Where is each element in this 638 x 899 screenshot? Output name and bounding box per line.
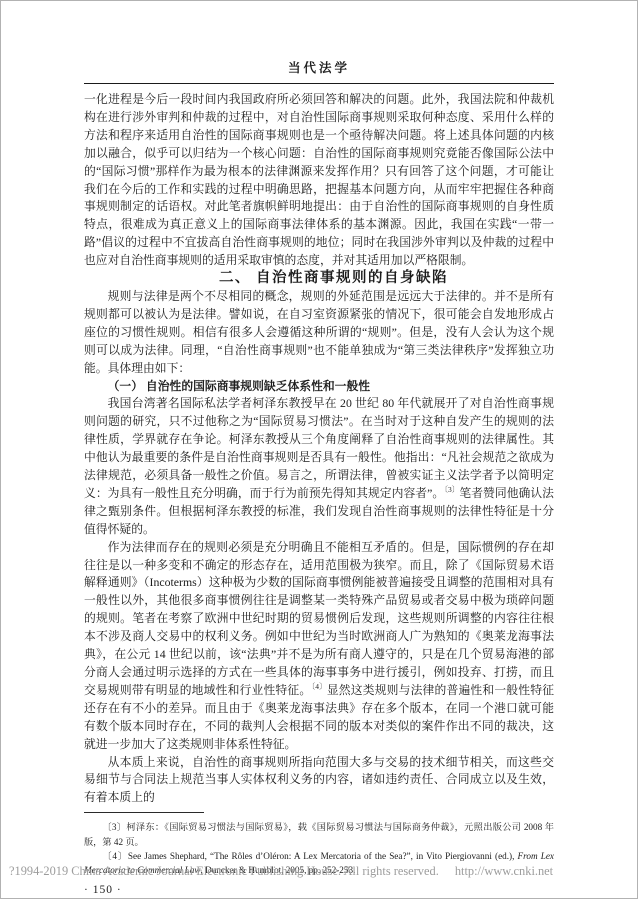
- page-number: · 150 ·: [84, 884, 554, 896]
- footnote-text: 柯泽东：《国际贸易习惯法与国际贸易》，载《国际贸易习惯法与国际商务仲裁》，元照出…: [84, 822, 554, 846]
- watermark-text: ?1994-2019 China Academic Journal Electr…: [9, 864, 439, 878]
- subsection-heading: （一） 自治性的国际商事规则缺乏体系性和一般性: [84, 378, 554, 396]
- footnote-ref-3: 〔3〕: [444, 485, 459, 494]
- body-paragraph-2: 规则与法律是两个不尽相同的概念，规则的外延范围是远远大于法律的。并不是所有规则都…: [84, 288, 554, 378]
- footnote-3: 〔3〕柯泽东：《国际贸易习惯法与国际贸易》，载《国际贸易习惯法与国际商务仲裁》，…: [84, 820, 554, 849]
- section-heading: 二、 自治性商事规则的自身缺陷: [84, 270, 554, 288]
- footnote-separator: [84, 812, 204, 813]
- footnote-marker: 〔4〕: [102, 851, 128, 861]
- article-body: 一化进程是今后一段时间内我国政府所必须回答和解决的问题。此外，我国法院和仲裁机构…: [84, 91, 554, 807]
- paragraph-text: 作为法律而存在的规则必须是充分明确且不能相互矛盾的。但是，国际惯例的存在却往往是…: [84, 540, 554, 697]
- body-paragraph-1: 一化进程是今后一段时间内我国政府所必须回答和解决的问题。此外，我国法院和仲裁机构…: [84, 91, 554, 270]
- journal-title: 当代法学: [1, 58, 637, 76]
- body-paragraph-5: 从本质上来说，自治性的商事规则所指向范围大多与交易的技术细节相关，而这些交易细节…: [84, 754, 554, 808]
- body-paragraph-3: 我国台湾著名国际私法学者柯泽东教授早在 20 世纪 80 年代就展开了对自治性商…: [84, 395, 554, 538]
- footnote-ref-4: 〔4〕: [311, 682, 327, 691]
- cnki-watermark: ?1994-2019 China Academic Journal Electr…: [9, 864, 553, 879]
- watermark-url: http://www.cnki.net: [455, 864, 553, 878]
- scanned-paper-page: 当代法学 一化进程是今后一段时间内我国政府所必须回答和解决的问题。此外，我国法院…: [0, 0, 638, 899]
- header-rule: [84, 83, 554, 84]
- paragraph-text: 我国台湾著名国际私法学者柯泽东教授早在 20 世纪 80 年代就展开了对自治性商…: [84, 396, 554, 500]
- footnote-marker: 〔3〕: [102, 822, 126, 832]
- body-paragraph-4: 作为法律而存在的规则必须是充分明确且不能相互矛盾的。但是，国际惯例的存在却往往是…: [84, 539, 554, 754]
- footnote-text: See James Shephard, “The Rôles d’Oléron:…: [128, 851, 518, 861]
